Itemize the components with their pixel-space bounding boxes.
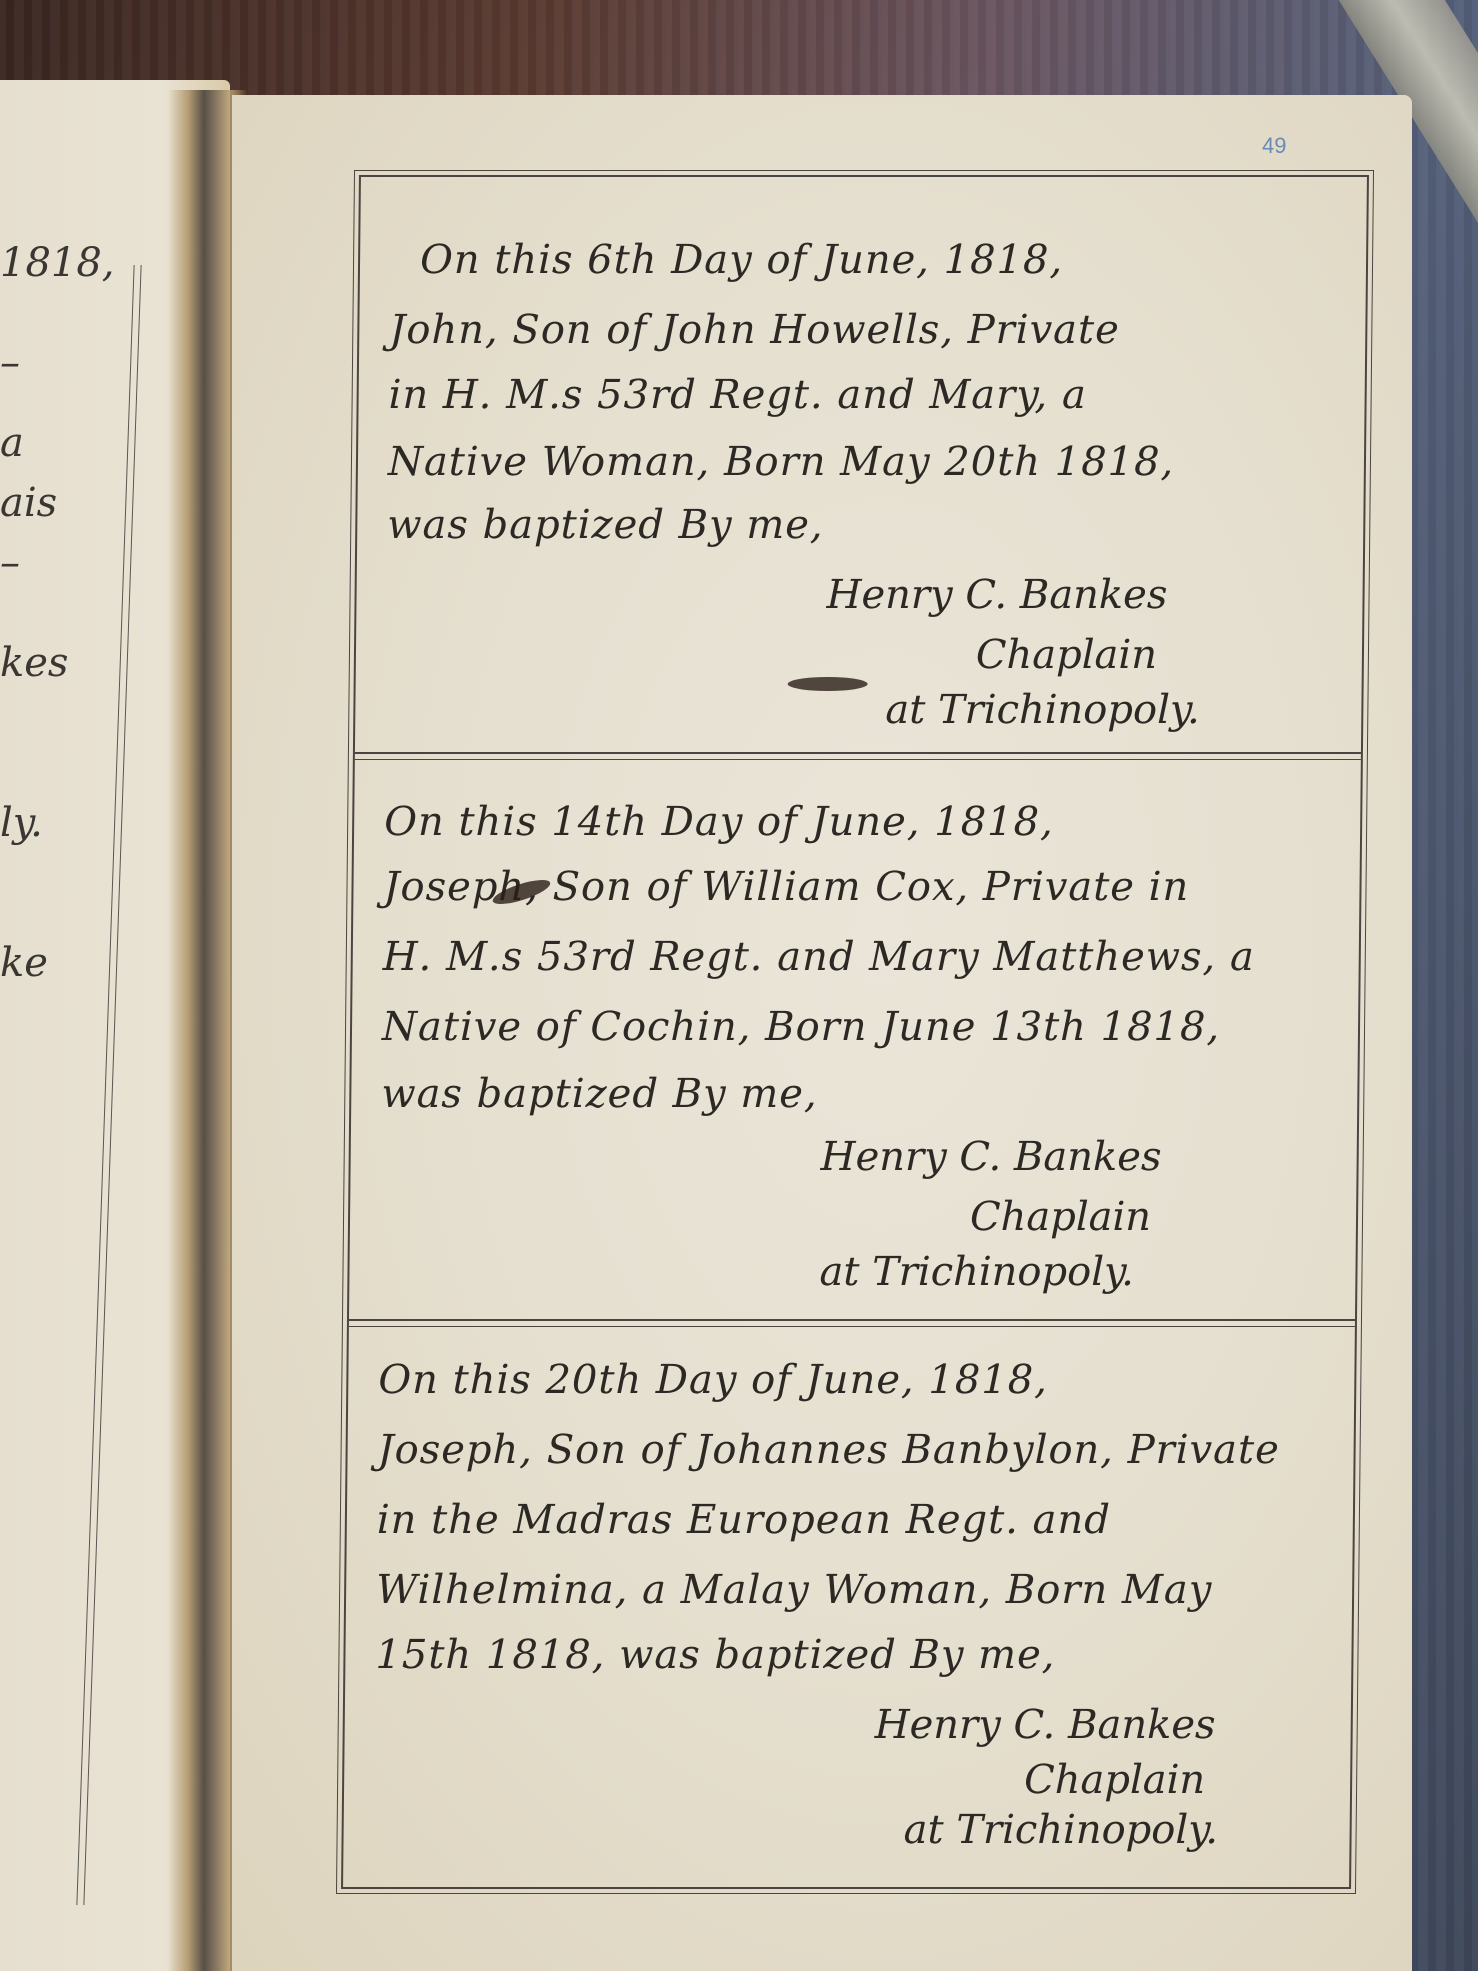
entry-line: H. M.s 53rd Regt. and Mary Matthews, a [383,934,1256,980]
fragment: ke [0,940,48,986]
entry-line: Joseph, Son of Johannes Banbylon, Privat… [377,1427,1280,1473]
fragment: ly. [0,800,43,846]
chaplain-title: Chaplain [976,632,1157,678]
chaplain-signature: Henry C. Bankes [820,1134,1161,1180]
fragment: kes [0,640,68,686]
fragment: a [0,420,24,466]
entry-line: was baptized By me, [387,502,824,548]
entry-line: On this 14th Day of June, 1818, [384,799,1054,845]
register-entry-1: On this 6th Day of June, 1818, John, Son… [355,177,1367,752]
chaplain-location: at Trichinopoly. [885,687,1200,733]
page-number: 49 [1262,133,1286,159]
fragment: 1818, [0,240,115,286]
entry-divider [349,1319,1355,1327]
fragment: – [0,540,20,586]
register-entry-2: On this 14th Day of June, 1818, Joseph, … [349,759,1361,1289]
chaplain-location: at Trichinopoly. [903,1807,1218,1853]
chaplain-signature: Henry C. Bankes [875,1702,1216,1748]
left-page-rule [76,265,141,1905]
register-entry-3: On this 20th Day of June, 1818, Joseph, … [343,1327,1355,1887]
entry-line: John, Son of John Howells, Private [389,307,1120,353]
chaplain-signature: Henry C. Bankes [826,572,1167,618]
entry-line: in the Madras European Regt. and [377,1497,1111,1543]
ink-stain [788,677,868,691]
chaplain-location: at Trichinopoly. [819,1249,1134,1295]
entry-line: Native Woman, Born May 20th 1818, [388,439,1175,485]
right-page: 49 On this 6th Day of June, 1818, John, … [232,95,1412,1971]
entry-line: in H. M.s 53rd Regt. and Mary, a [388,372,1087,418]
entry-line: Native of Cochin, Born June 13th 1818, [382,1004,1221,1050]
chaplain-title: Chaplain [1024,1757,1205,1803]
fragment: ais [0,480,57,526]
entry-line: was baptized By me, [381,1071,818,1117]
register-frame: On this 6th Day of June, 1818, John, Son… [341,175,1369,1889]
chaplain-title: Chaplain [970,1194,1151,1240]
entry-line: Wilhelmina, a Malay Woman, Born May [376,1567,1213,1613]
entry-line: On this 20th Day of June, 1818, [378,1357,1048,1403]
fragment: – [0,340,20,386]
entry-line: On this 6th Day of June, 1818, [420,237,1064,283]
entry-line: 15th 1818, was baptized By me, [375,1632,1056,1678]
